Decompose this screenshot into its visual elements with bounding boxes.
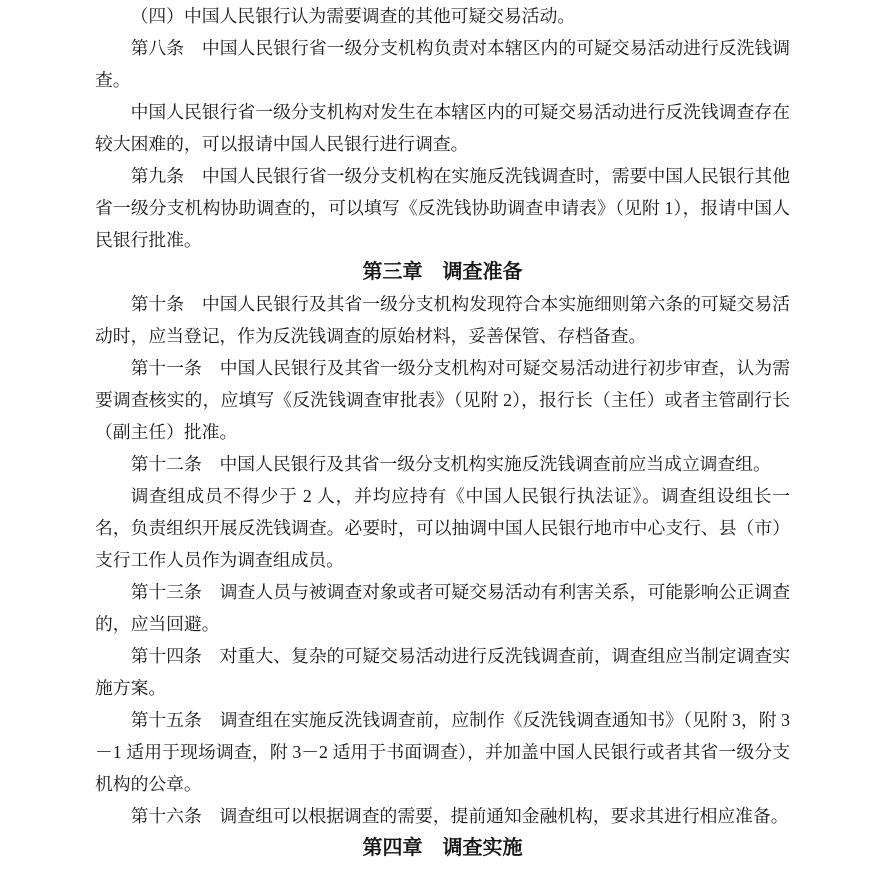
paragraph-item-4: （四）中国人民银行认为需要调查的其他可疑交易活动。 [95,0,790,32]
article-11-paragraph: 第十一条 中国人民银行及其省一级分支机构对可疑交易活动进行初步审查，认为需要调查… [95,352,790,448]
article-10-paragraph: 第十条 中国人民银行及其省一级分支机构发现符合本实施细则第六条的可疑交易活动时，… [95,288,790,352]
chapter-4-heading: 第四章 调查实施 [95,832,790,864]
article-15-paragraph: 第十五条 调查组在实施反洗钱调查前，应制作《反洗钱调查通知书》（见附 3，附 3… [95,704,790,800]
document-page: （四）中国人民银行认为需要调查的其他可疑交易活动。 第八条 中国人民银行省一级分… [0,0,872,872]
article-13-paragraph: 第十三条 调查人员与被调查对象或者可疑交易活动有利害关系，可能影响公正调查的，应… [95,576,790,640]
article-8-paragraph-2: 中国人民银行省一级分支机构对发生在本辖区内的可疑交易活动进行反洗钱调查存在较大困… [95,96,790,160]
article-12-paragraph-1: 第十二条 中国人民银行及其省一级分支机构实施反洗钱调查前应当成立调查组。 [95,448,790,480]
article-14-paragraph: 第十四条 对重大、复杂的可疑交易活动进行反洗钱调查前，调查组应当制定调查实施方案… [95,640,790,704]
document-text-block: （四）中国人民银行认为需要调查的其他可疑交易活动。 第八条 中国人民银行省一级分… [95,0,790,864]
chapter-3-heading: 第三章 调查准备 [95,256,790,288]
article-16-paragraph: 第十六条 调查组可以根据调查的需要，提前通知金融机构，要求其进行相应准备。 [95,800,790,832]
article-12-paragraph-2: 调查组成员不得少于 2 人，并均应持有《中国人民银行执法证》。调查组设组长一名，… [95,480,790,576]
article-9-paragraph: 第九条 中国人民银行省一级分支机构在实施反洗钱调查时，需要中国人民银行其他省一级… [95,160,790,256]
article-8-paragraph-1: 第八条 中国人民银行省一级分支机构负责对本辖区内的可疑交易活动进行反洗钱调查。 [95,32,790,96]
